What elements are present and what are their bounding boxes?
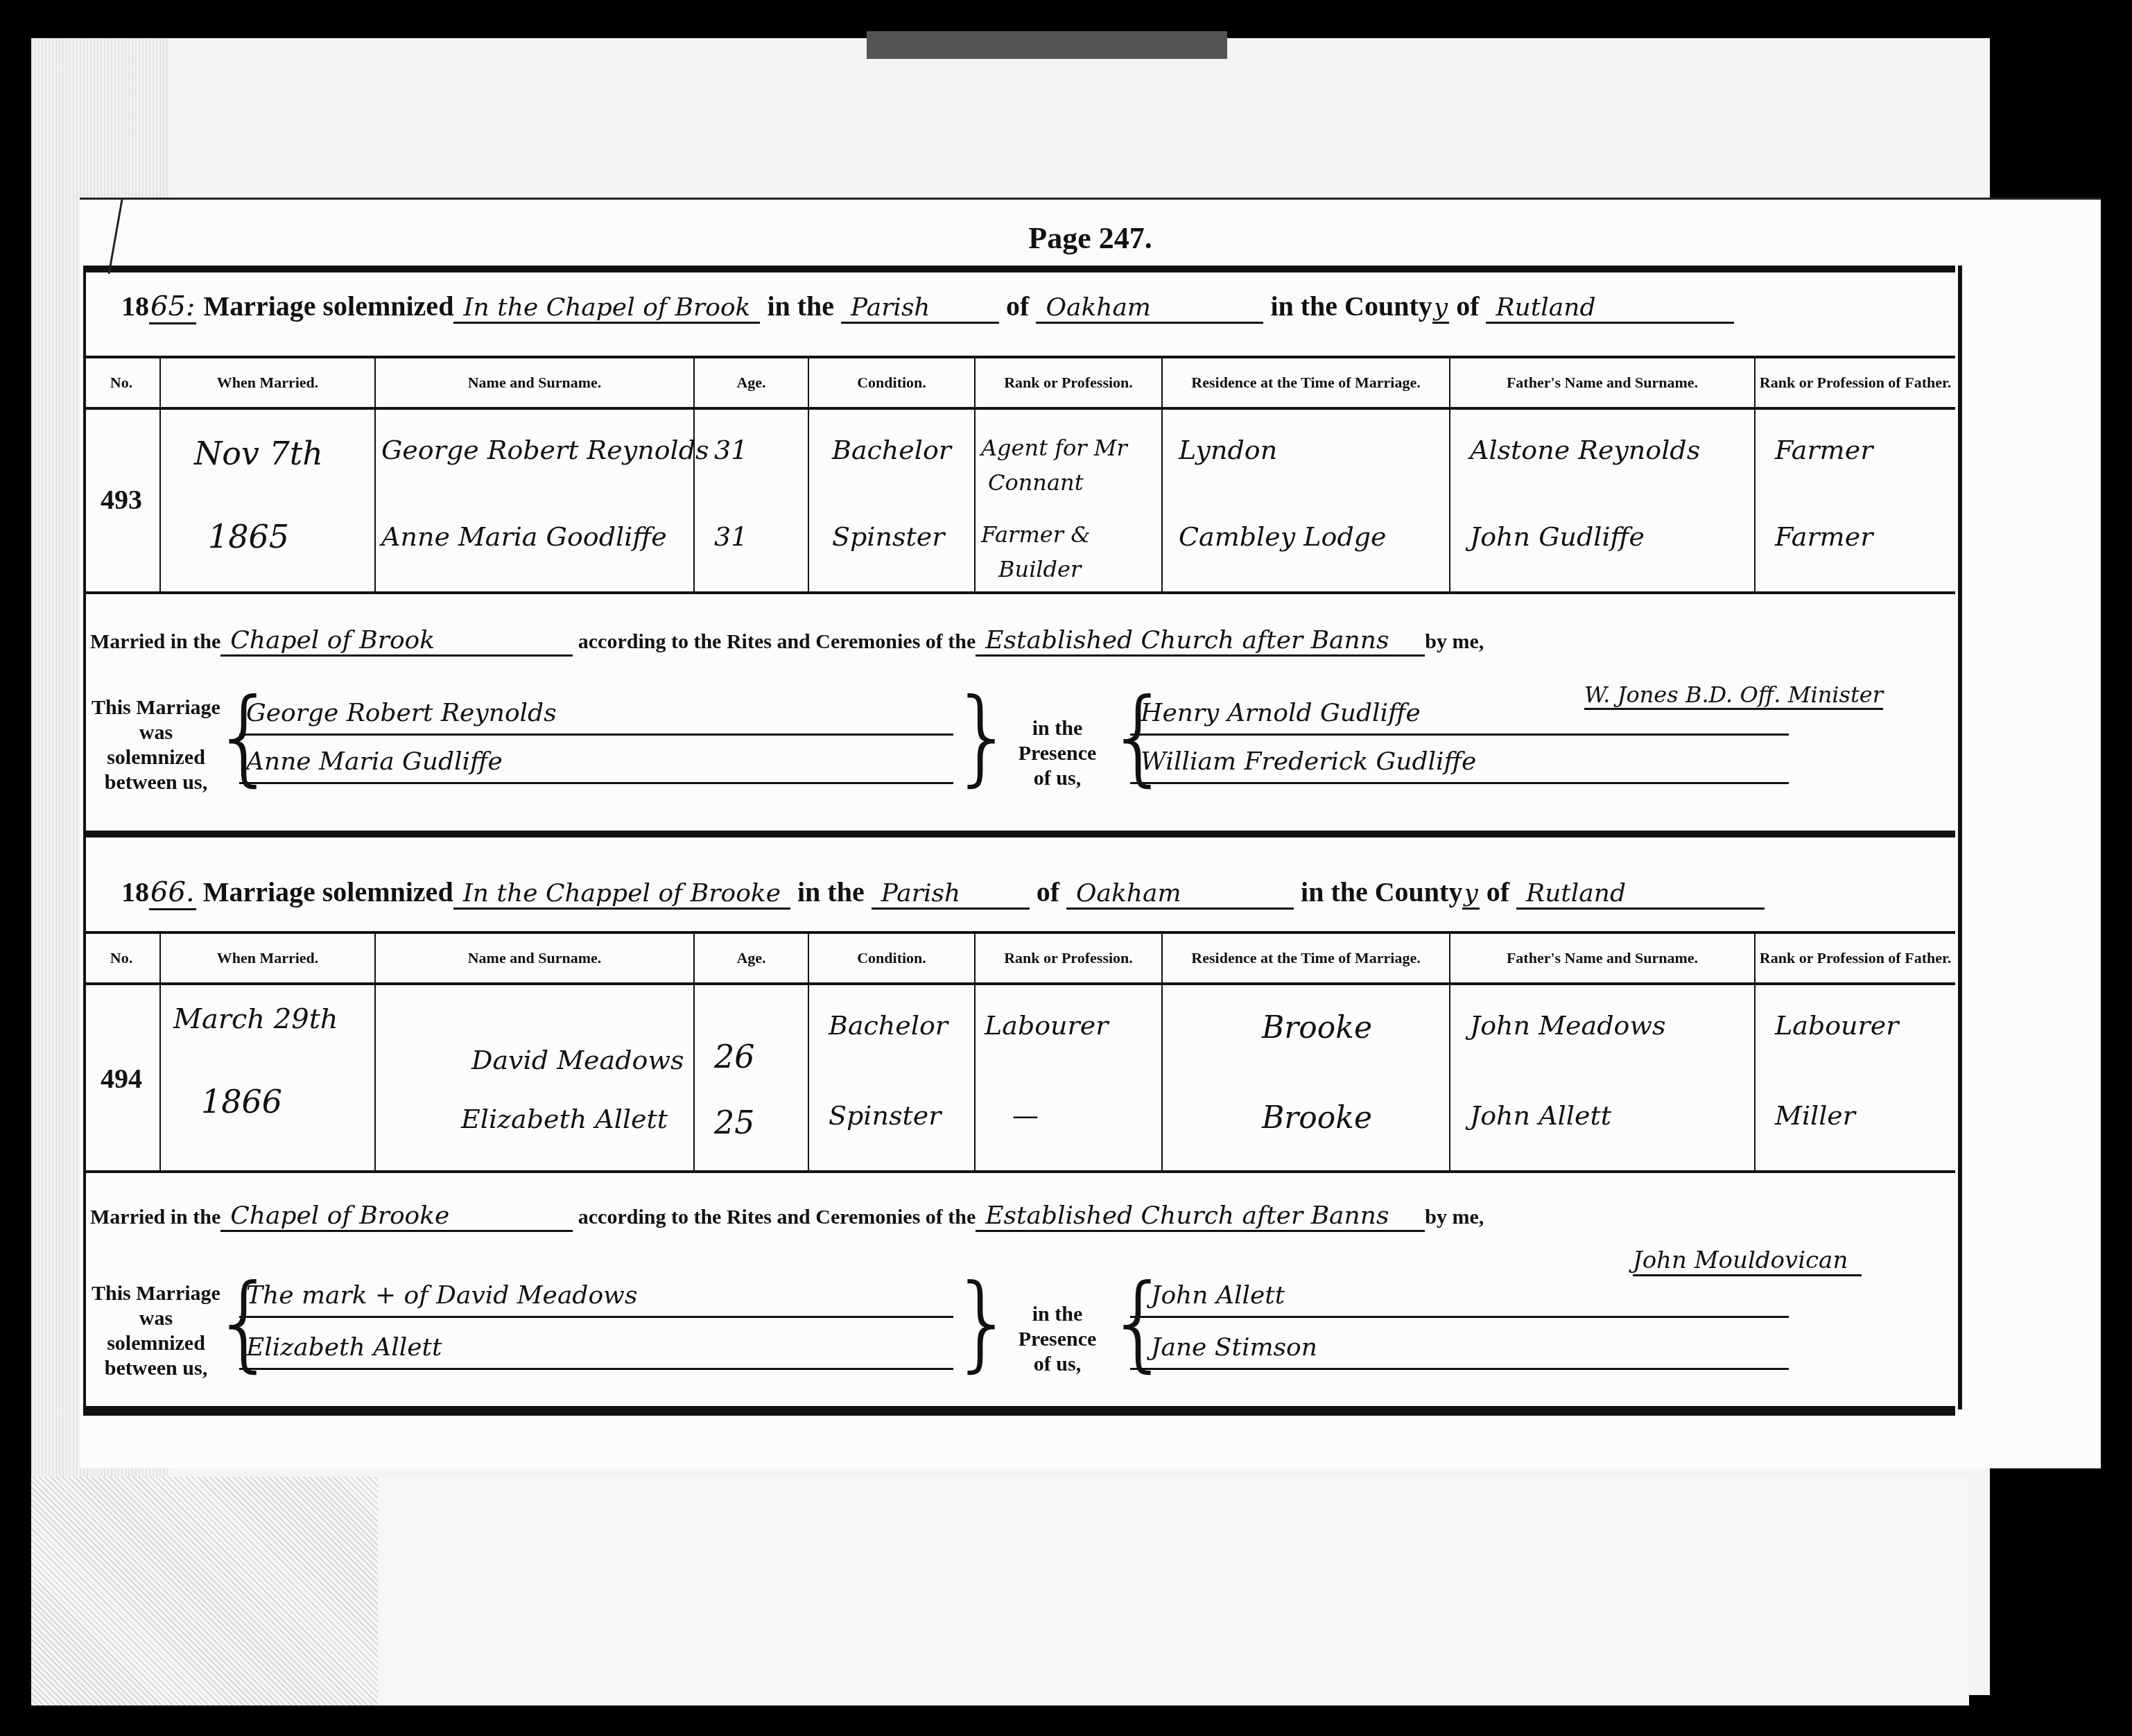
bride-father-rank: Farmer (1775, 521, 1873, 552)
bride-name: Anne Maria Goodliffe (381, 521, 667, 552)
bride-rank-line2: Builder (998, 556, 1081, 582)
when-married-year: 1866 (201, 1083, 282, 1120)
entry-2-officiant: John Mouldovican (1633, 1247, 1862, 1276)
bride-father: John Allett (1470, 1100, 1611, 1131)
entry-2-parish: Oakham (1066, 879, 1294, 910)
back-page-lower-texture (31, 1477, 378, 1705)
bride-residence: Cambley Lodge (1179, 521, 1387, 552)
groom-name: David Meadows (471, 1045, 684, 1075)
entry-2-heading: 1866. Marriage solemnizedIn the Chappel … (121, 876, 1765, 910)
entry-1-heading: 1865: Marriage solemnizedIn the Chapel o… (121, 290, 1734, 324)
groom-age: 26 (714, 1038, 755, 1075)
entry-1-place: In the Chapel of Brook (453, 293, 760, 324)
bride-father-rank: Miller (1775, 1100, 1855, 1131)
groom-residence: Brooke (1262, 1010, 1372, 1045)
groom-age: 31 (714, 435, 747, 465)
col-age: Age. (693, 358, 808, 407)
entry-2-witness-1: John Allett (1151, 1281, 1285, 1310)
entry-number: 494 (101, 1062, 142, 1095)
when-married-year: 1865 (208, 518, 289, 555)
married-in-line: Married in theChapel of Brook according … (90, 626, 1484, 657)
binding-tab (867, 31, 1227, 59)
register-page: Page 247. 1865: Marriage solemnizedIn th… (80, 198, 2101, 1468)
bottom-rule (83, 1406, 1955, 1416)
groom-name: George Robert Reynolds (381, 435, 709, 465)
col-no: No. (83, 358, 159, 407)
groom-rank-line2: Connant (988, 469, 1084, 496)
col-rank: Rank or Profession. (974, 358, 1161, 407)
entry-1-table: No. When Married. Name and Surname. Age.… (83, 356, 1955, 594)
entry-1-witness-2: William Frederick Gudliffe (1141, 747, 1476, 776)
col-name: Name and Surname. (374, 358, 693, 407)
col-residence: Residence at the Time of Marriage. (1161, 358, 1449, 407)
entry-1-officiant: W. Jones B.D. Off. Minister (1584, 682, 1883, 710)
col-father: Father's Name and Surname. (1449, 358, 1754, 407)
entry-1-county: Rutland (1486, 293, 1734, 324)
bride-father: John Gudliffe (1470, 521, 1645, 552)
bride-rank: — (1012, 1100, 1039, 1131)
bride-rank-line1: Farmer & (981, 521, 1091, 548)
entry-2-party-2: Elizabeth Allett (246, 1333, 442, 1362)
entry-2-witness-2: Jane Stimson (1151, 1333, 1317, 1362)
entry-1-parish-label: Parish (841, 293, 999, 324)
groom-rank: Labourer (985, 1010, 1108, 1041)
entry-2-between-us-label: This Marriage was solemnized between us, (90, 1281, 222, 1381)
entry-2-year: 66. (149, 876, 196, 910)
entry-2-parish-label: Parish (872, 879, 1030, 910)
col-condition: Condition. (808, 358, 974, 407)
married-in-line: Married in theChapel of Brooke according… (90, 1201, 1484, 1232)
entry-1-table-bottom (83, 591, 1955, 594)
entry-number: 493 (101, 483, 142, 516)
entry-1-between-us-label: This Marriage was solemnized between us, (90, 695, 222, 795)
groom-condition: Bachelor (832, 435, 951, 465)
entry-2-rites: Established Church after Banns (976, 1201, 1425, 1232)
groom-father-rank: Labourer (1775, 1010, 1898, 1041)
groom-residence: Lyndon (1179, 435, 1277, 465)
entry-1-presence-label: in the Presence of us, (1009, 716, 1106, 791)
col-father-rank: Rank or Profession of Father. (1754, 358, 1955, 407)
entry-2-table: No. When Married. Name and Surname. Age.… (83, 931, 1955, 1173)
right-brace-icon: } (950, 1271, 1016, 1375)
bride-residence: Brooke (1262, 1100, 1372, 1136)
groom-father: John Meadows (1470, 1010, 1665, 1041)
entry-separator (83, 831, 1955, 837)
right-brace-icon: } (950, 685, 1016, 789)
entry-2-presence-label: in the Presence of us, (1009, 1302, 1106, 1377)
entry-1-parish: Oakham (1036, 293, 1263, 324)
entry-1-rites: Established Church after Banns (976, 626, 1425, 657)
page-number: Page 247. (80, 220, 2101, 256)
bride-age: 25 (714, 1104, 755, 1141)
col-when-married: When Married. (159, 358, 374, 407)
entry-1-married-in: Chapel of Brook (220, 626, 573, 657)
entry-1-party-1: George Robert Reynolds (246, 699, 557, 727)
bride-name: Elizabeth Allett (461, 1104, 668, 1134)
groom-father: Alstone Reynolds (1470, 435, 1700, 465)
when-married-date: March 29th (173, 1003, 338, 1035)
entry-2-place: In the Chappel of Brooke (453, 879, 790, 910)
bride-age: 31 (714, 521, 747, 552)
entry-2-county: Rutland (1516, 879, 1765, 910)
groom-father-rank: Farmer (1775, 435, 1873, 465)
entry-2-party-1: The mark + of David Meadows (246, 1281, 637, 1310)
when-married-date: Nov 7th (194, 435, 323, 472)
entry-2-married-in: Chapel of Brooke (220, 1201, 573, 1232)
groom-condition: Bachelor (829, 1010, 948, 1041)
groom-rank-line1: Agent for Mr (981, 435, 1127, 461)
entry-1-witness-1: Henry Arnold Gudliffe (1141, 699, 1421, 727)
entry-1-party-2: Anne Maria Gudliffe (246, 747, 503, 776)
bride-condition: Spinster (832, 521, 944, 552)
entry-1-year: 65: (149, 290, 196, 324)
bride-condition: Spinster (829, 1100, 941, 1131)
entry-2-table-bottom (83, 1170, 1955, 1173)
